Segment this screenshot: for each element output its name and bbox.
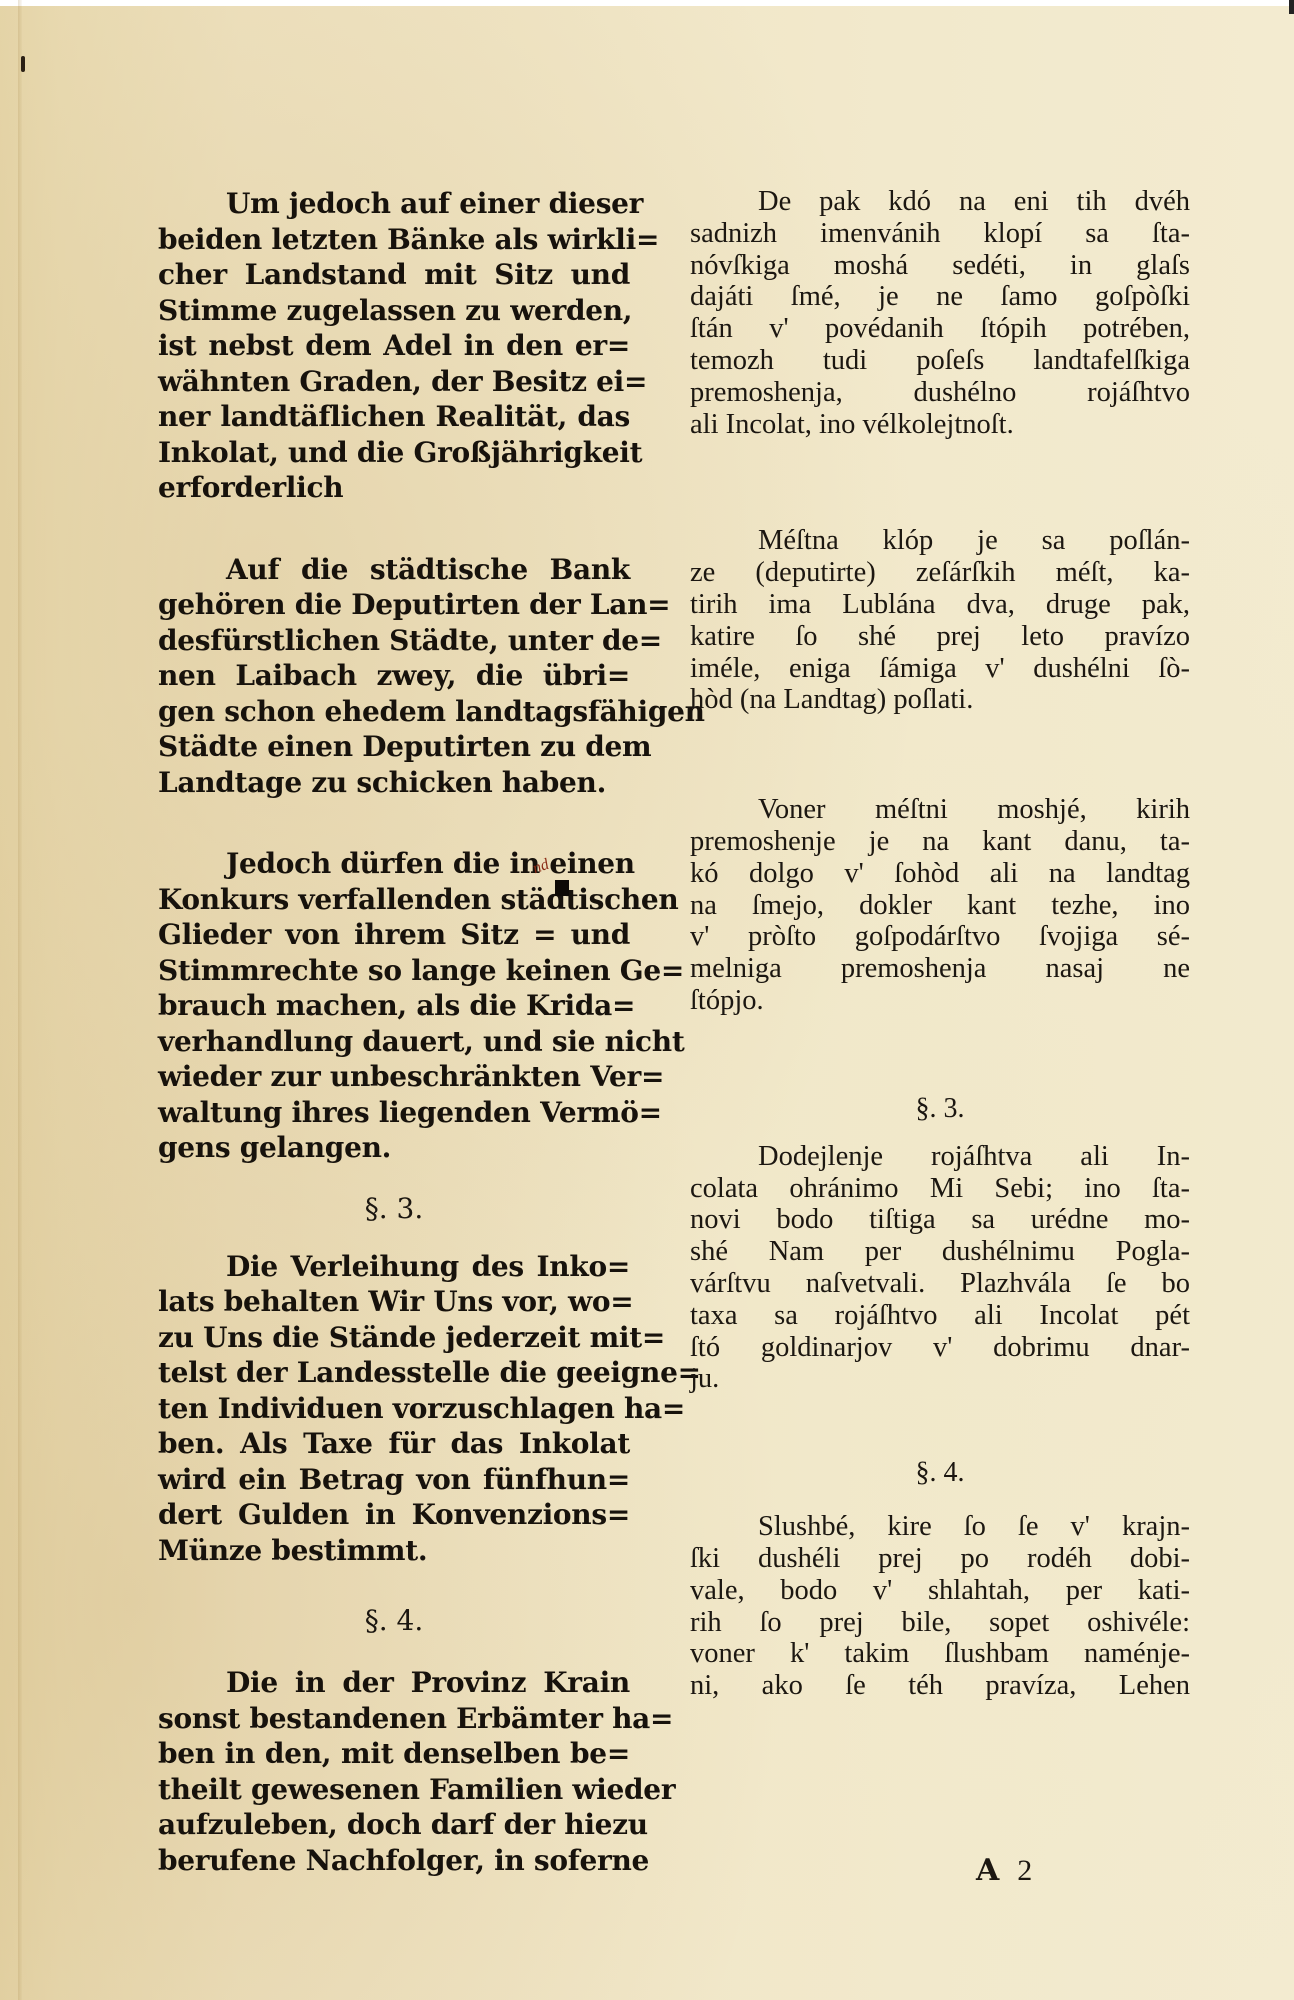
text-line: Landtage zu schicken haben. <box>158 765 630 801</box>
text-line: wieder zur unbeschränkten Ver= <box>158 1059 630 1095</box>
text-line: ſtán v' povédanih ſtópih potrében, <box>690 313 1190 345</box>
text-line: rih ſo prej bile, sopet oshivéle: <box>690 1607 1190 1639</box>
text-line: tirih ima Lublána dva, druge pak, <box>690 589 1190 621</box>
text-line: beiden letzten Bänke als wirkli= <box>158 222 630 258</box>
slovene-paragraph-bank-eligibility: De pak kdó na eni tih dvéh sadnizh imenv… <box>690 186 1190 440</box>
slovene-paragraph-hereditary-offices: Slushbé, kire ſo ſe v' krajn- ſki dushél… <box>690 1511 1190 1702</box>
ink-blot <box>555 880 569 896</box>
text-line: wird ein Betrag von fünfhun= <box>158 1462 630 1498</box>
signature-letter: A <box>976 1853 999 1888</box>
german-paragraph-bank-eligibility: Um jedoch auf einer dieser beiden letzte… <box>158 186 630 506</box>
text-line: waltung ihres liegenden Vermö= <box>158 1095 630 1131</box>
text-line: ju. <box>690 1363 1190 1395</box>
text-line: ner landtäflichen Realität, das <box>158 399 630 435</box>
text-line: Glieder von ihrem Sitz = und <box>158 917 630 953</box>
text-line: theilt gewesenen Familien wieder <box>158 1772 630 1808</box>
text-line: Stimmrechte so lange keinen Ge= <box>158 953 630 989</box>
text-line: ſki dushéli prej po rodéh dobi- <box>690 1543 1190 1575</box>
german-column: Um jedoch auf einer dieser beiden letzte… <box>158 186 630 1878</box>
section-heading-4: §. 4. <box>158 1604 630 1637</box>
scan-corner-shadow <box>1289 0 1294 14</box>
text-line: nóvſkiga moshá sedéti, in glaſs <box>690 250 1190 282</box>
text-line: De pak kdó na eni tih dvéh <box>690 186 1190 218</box>
text-line: wähnten Graden, der Besitz ei= <box>158 364 630 400</box>
section-heading-3: §. 3. <box>690 1093 1190 1125</box>
page-gutter-fold <box>18 0 22 2000</box>
binding-mark <box>21 56 25 72</box>
text-line: sonst bestandenen Erbämter ha= <box>158 1701 630 1737</box>
text-line: gens gelangen. <box>158 1130 630 1166</box>
text-line: ſtópjo. <box>690 985 1190 1017</box>
text-line: ten Individuen vorzuschlagen ha= <box>158 1391 630 1427</box>
text-line: zu Uns die Stände jederzeit mit= <box>158 1320 630 1356</box>
text-line: Münze bestimmt. <box>158 1533 630 1569</box>
section-heading-3: §. 3. <box>158 1192 630 1225</box>
text-line: shé Nam per dushélnimu Pogla- <box>690 1236 1190 1268</box>
text-line: ze (deputirte) zeſárſkih méſt, ka- <box>690 557 1190 589</box>
slovene-paragraph-city-bank: Méſtna klóp je sa poſlán- ze (deputirte)… <box>690 525 1190 716</box>
text-line: nen Laibach zwey, die übri= <box>158 658 630 694</box>
text-line: dajáti ſmé, je ne ſamo goſpòſki <box>690 281 1190 313</box>
text-line: kó dolgo v' ſohòd ali na landtag <box>690 858 1190 890</box>
slovene-paragraph-incolat: Dodejlenje rojáſhtva ali In- colata ohrá… <box>690 1141 1190 1395</box>
text-line: brauch machen, als die Krida= <box>158 988 630 1024</box>
text-line: ni, ako ſe téh pravíza, Lehen <box>690 1670 1190 1702</box>
text-line: novi bodo tiſtiga sa urédne mo- <box>690 1204 1190 1236</box>
text-line: sadnizh imenvánih klopí sa ſta- <box>690 218 1190 250</box>
german-paragraph-hereditary-offices: Die in der Provinz Krain sonst bestanden… <box>158 1665 630 1878</box>
german-paragraph-incolat: Die Verleihung des Inko= lats behalten W… <box>158 1249 630 1569</box>
text-line: desfürstlichen Städte, unter de= <box>158 623 630 659</box>
scan-top-edge <box>0 0 1294 6</box>
text-line: ali Incolat, ino vélkolejtnoſt. <box>690 409 1190 441</box>
text-line: lats behalten Wir Uns vor, wo= <box>158 1284 630 1320</box>
text-line: Voner méſtni moshjé, kirih <box>690 794 1190 826</box>
text-line: Städte einen Deputirten zu dem <box>158 729 630 765</box>
text-line: taxa sa rojáſhtvo ali Incolat pét <box>690 1300 1190 1332</box>
text-line: Méſtna klóp je sa poſlán- <box>690 525 1190 557</box>
text-line: ist nebst dem Adel in den er= <box>158 328 630 364</box>
text-line: iméle, eniga ſámiga v' dushélni ſò- <box>690 653 1190 685</box>
text-line: katire ſo shé prej leto pravízo <box>690 621 1190 653</box>
text-line: erforderlich <box>158 470 630 506</box>
text-line: ſtó goldinarjov v' dobrimu dnar- <box>690 1332 1190 1364</box>
text-line: Die in der Provinz Krain <box>158 1665 630 1701</box>
text-line: verhandlung dauert, und sie nicht <box>158 1024 630 1060</box>
text-line: várſtvu naſvetvali. Plazhvála ſe bo <box>690 1268 1190 1300</box>
text-line: berufene Nachfolger, in soferne <box>158 1843 630 1879</box>
text-line: dert Gulden in Konvenzions= <box>158 1497 630 1533</box>
text-line: Jedoch dürfen die in einen <box>158 846 630 882</box>
text-line: cher Landstand mit Sitz und <box>158 257 630 293</box>
text-line: Stimme zugelassen zu werden, <box>158 293 630 329</box>
signature-number: 2 <box>1017 1854 1032 1887</box>
text-line: premoshenja, dushélno rojáſhtvo <box>690 377 1190 409</box>
text-line: temozh tudi poſeſs landtafelſkiga <box>690 345 1190 377</box>
text-line: Um jedoch auf einer dieser <box>158 186 630 222</box>
slovene-paragraph-bankruptcy: Voner méſtni moshjé, kirih premoshenje j… <box>690 794 1190 1017</box>
text-line: na ſmejo, dokler kant tezhe, ino <box>690 890 1190 922</box>
text-line: gehören die Deputirten der Lan= <box>158 587 630 623</box>
text-line: colata ohránimo Mi Sebi; ino ſta- <box>690 1173 1190 1205</box>
text-line: vale, bodo v' shlahtah, per kati- <box>690 1575 1190 1607</box>
text-line: telst der Landesstelle die geeigne= <box>158 1355 630 1391</box>
text-line: hòd (na Landtag) poſlati. <box>690 684 1190 716</box>
text-line: voner k' takim ſlushbam naménje- <box>690 1638 1190 1670</box>
text-line: aufzuleben, doch darf der hiezu <box>158 1807 630 1843</box>
german-paragraph-city-bank: Auf die städtische Bank gehören die Depu… <box>158 552 630 801</box>
signature-mark: A2 <box>976 1853 1032 1888</box>
text-line: premoshenje je na kant danu, ta- <box>690 826 1190 858</box>
text-line: Slushbé, kire ſo ſe v' krajn- <box>690 1511 1190 1543</box>
text-line: gen schon ehedem landtagsfähigen <box>158 694 630 730</box>
text-line: Dodejlenje rojáſhtva ali In- <box>690 1141 1190 1173</box>
text-line: Die Verleihung des Inko= <box>158 1249 630 1285</box>
text-line: ben. Als Taxe für das Inkolat <box>158 1426 630 1462</box>
text-line: Inkolat, und die Großjährigkeit <box>158 435 630 471</box>
text-line: ben in den, mit denselben be= <box>158 1736 630 1772</box>
text-line: v' pròſto goſpodárſtvo ſvojiga sé- <box>690 921 1190 953</box>
text-line: Auf die städtische Bank <box>158 552 630 588</box>
text-line: melniga premoshenja nasaj ne <box>690 953 1190 985</box>
section-heading-4: §. 4. <box>690 1457 1190 1489</box>
slovene-column: De pak kdó na eni tih dvéh sadnizh imenv… <box>690 186 1190 1702</box>
